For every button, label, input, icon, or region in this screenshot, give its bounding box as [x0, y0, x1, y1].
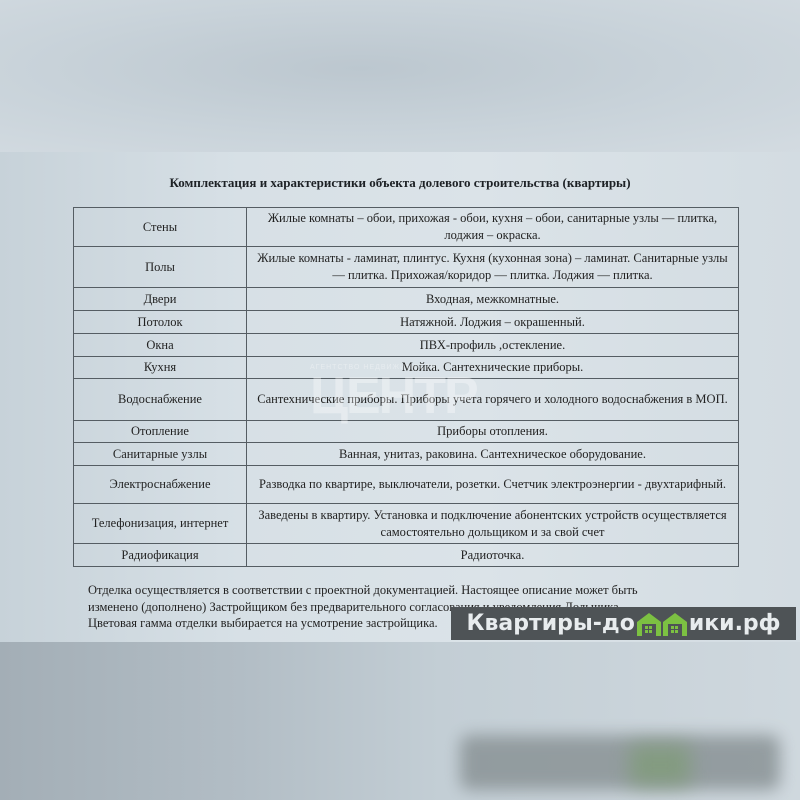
table-row: Санитарные узлыВанная, унитаз, раковина.… — [74, 443, 739, 466]
table-row: ОкнаПВХ-профиль ,остекление. — [74, 334, 739, 357]
row-label: Кухня — [74, 357, 247, 379]
specification-table: СтеныЖилые комнаты – обои, прихожая - об… — [73, 207, 739, 567]
row-label: Телефонизация, интернет — [74, 504, 247, 544]
table-row: СтеныЖилые комнаты – обои, прихожая - об… — [74, 208, 739, 247]
table-row: КухняМойка. Сантехнические приборы. — [74, 357, 739, 379]
row-label: Стены — [74, 208, 247, 247]
table-row: ДвериВходная, межкомнатные. — [74, 288, 739, 311]
table-row: ВодоснабжениеСантехнические приборы. При… — [74, 379, 739, 421]
document-title: Комплектация и характеристики объекта до… — [100, 175, 700, 191]
row-label: Окна — [74, 334, 247, 357]
brand-text-left: Квартиры-до — [466, 611, 634, 636]
table-row: ПолыЖилые комнаты - ламинат, плинтус. Ку… — [74, 247, 739, 288]
row-value: Жилые комнаты – обои, прихожая - обои, к… — [247, 208, 739, 247]
row-value: Мойка. Сантехнические приборы. — [247, 357, 739, 379]
row-label: Полы — [74, 247, 247, 288]
blurred-watermark-reflection — [460, 735, 780, 790]
row-label: Отопление — [74, 421, 247, 443]
table-row: ОтоплениеПриборы отопления. — [74, 421, 739, 443]
row-label: Электроснабжение — [74, 466, 247, 504]
row-value: Жилые комнаты - ламинат, плинтус. Кухня … — [247, 247, 739, 288]
two-green-houses-icon — [636, 612, 688, 636]
row-label: Санитарные узлы — [74, 443, 247, 466]
table-row: РадиофикацияРадиоточка. — [74, 544, 739, 567]
row-value: Сантехнические приборы. Приборы учета го… — [247, 379, 739, 421]
row-value: ПВХ-профиль ,остекление. — [247, 334, 739, 357]
row-value: Разводка по квартире, выключатели, розет… — [247, 466, 739, 504]
row-value: Входная, межкомнатные. — [247, 288, 739, 311]
row-label: Потолок — [74, 311, 247, 334]
site-watermark-banner: Квартиры-до ики.рф — [451, 607, 796, 640]
row-label: Радиофикация — [74, 544, 247, 567]
row-value: Приборы отопления. — [247, 421, 739, 443]
table-row: ПотолокНатяжной. Лоджия – окрашенный. — [74, 311, 739, 334]
blurred-background-top — [0, 0, 800, 152]
row-value: Заведены в квартиру. Установка и подключ… — [247, 504, 739, 544]
row-value: Натяжной. Лоджия – окрашенный. — [247, 311, 739, 334]
row-label: Водоснабжение — [74, 379, 247, 421]
row-value: Ванная, унитаз, раковина. Сантехническое… — [247, 443, 739, 466]
row-label: Двери — [74, 288, 247, 311]
row-value: Радиоточка. — [247, 544, 739, 567]
table-row: ЭлектроснабжениеРазводка по квартире, вы… — [74, 466, 739, 504]
cut-off-header-text: ................ — [488, 150, 638, 156]
table-row: Телефонизация, интернетЗаведены в кварти… — [74, 504, 739, 544]
blurred-watermark-reflection-green — [630, 745, 690, 785]
brand-text-right: ики.рф — [689, 611, 781, 636]
